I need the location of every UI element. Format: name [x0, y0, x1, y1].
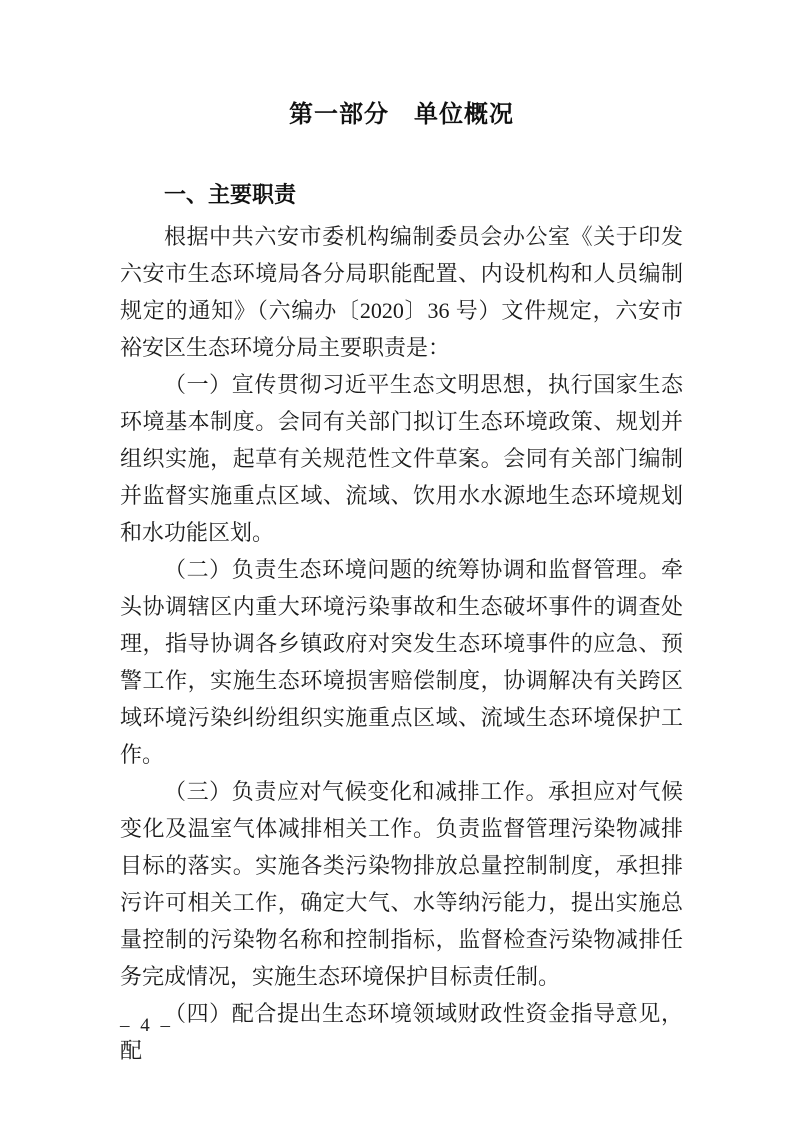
document-page: 第一部分 单位概况 一、主要职责 根据中共六安市委机构编制委员会办公室《关于印发…	[0, 0, 793, 1122]
document-title: 第一部分 单位概况	[120, 98, 683, 132]
paragraph-duty-2: （二）负责生态环境问题的统筹协调和监督管理。牵头协调辖区内重大环境污染事故和生态…	[120, 551, 683, 773]
section-body: 根据中共六安市委机构编制委员会办公室《关于印发六安市生态环境局各分局职能配置、内…	[120, 218, 683, 1069]
paragraph-duty-4: （四）配合提出生态环境领域财政性资金指导意见，配	[120, 995, 683, 1069]
paragraph-intro: 根据中共六安市委机构编制委员会办公室《关于印发六安市生态环境局各分局职能配置、内…	[120, 218, 683, 366]
section-heading: 一、主要职责	[120, 180, 683, 210]
paragraph-duty-1: （一）宣传贯彻习近平生态文明思想，执行国家生态环境基本制度。会同有关部门拟订生态…	[120, 366, 683, 551]
document-content: 第一部分 单位概况 一、主要职责 根据中共六安市委机构编制委员会办公室《关于印发…	[0, 0, 793, 1069]
page-number: – 4 –	[120, 1015, 173, 1037]
paragraph-duty-3: （三）负责应对气候变化和减排工作。承担应对气候变化及温室气体减排相关工作。负责监…	[120, 773, 683, 995]
